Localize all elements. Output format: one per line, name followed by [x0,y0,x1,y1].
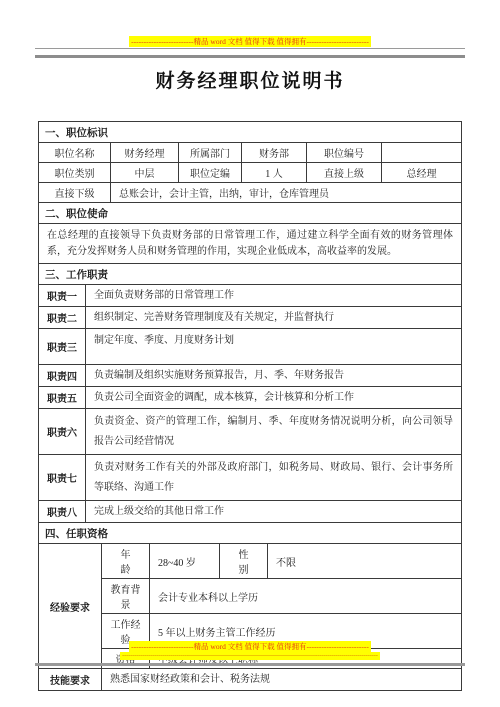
age-value: 28~40 岁 [149,544,219,578]
page-title: 财务经理职位说明书 [0,66,500,93]
duty-label: 职责五 [39,387,85,408]
identification-row-2: 职位类别 中层 职位定编 1 人 直接上级 总经理 [39,162,461,182]
duty-text: 全面负责财务部的日常管理工作 [85,285,461,306]
education-value: 会计专业本科以上学历 [149,579,461,613]
section-heading-identification: 一、职位标识 [39,122,461,142]
header-rule-thick [35,55,465,58]
education-label: 教育背景 [102,579,149,613]
experience-requirements-block: 经验要求 年 龄 28~40 岁 性 别 不限 教育背景 会计专业本科以上学历 … [39,543,461,668]
duty-text: 完成上级交给的其他日常工作 [85,501,461,522]
duty-row-8: 职责八 完成上级交给的其他日常工作 [39,500,461,522]
duty-text: 负责对财务工作有关的外部及政府部门，如税务局、财政局、银行、会计事务所等联络、沟… [85,455,461,500]
duty-text: 组织制定、完善财务管理制度及有关规定，并监督执行 [85,307,461,328]
field-label: 职位类别 [39,163,110,182]
work-experience-label: 工作经验 [102,614,149,648]
field-value: 财务经理 [110,143,178,162]
field-value: 1 人 [241,163,306,182]
header-highlight-banner: -------------------------精品 word 文档 值得下载… [0,36,500,47]
identification-row-1: 职位名称 财务经理 所属部门 财务部 职位编号 [39,142,461,162]
footer-rule [35,663,465,666]
skill-requirements-row: 技能要求 熟悉国家财经政策和会计、税务法规 [39,668,461,690]
duty-row-2: 职责二 组织制定、完善财务管理制度及有关规定，并监督执行 [39,306,461,328]
document-page: -------------------------精品 word 文档 值得下载… [0,0,500,707]
duty-label: 职责四 [39,365,85,386]
field-label: 直接上级 [306,163,381,182]
duty-text: 负责资金、资产的管理工作，编制月、季、年度财务情况说明分析，向公司领导报告公司经… [85,409,461,454]
skill-value: 熟悉国家财经政策和会计、税务法规 [101,669,461,690]
duty-label: 职责一 [39,285,85,306]
education-row: 教育背景 会计专业本科以上学历 [102,578,461,613]
duty-row-7: 职责七 负责对财务工作有关的外部及政府部门，如税务局、财政局、银行、会计事务所等… [39,454,461,500]
field-label: 直接下级 [39,183,110,202]
duty-label: 职责七 [39,455,85,500]
section-heading-qualifications: 四、任职资格 [39,522,461,543]
field-value: 财务部 [241,143,306,162]
field-label: 职位名称 [39,143,110,162]
field-value [381,143,461,162]
duty-text: 制定年度、季度、月度财务计划 [85,329,461,364]
field-label: 所属部门 [178,143,241,162]
duty-text: 负责编制及组织实施财务预算报告，月、季、年财务报告 [85,365,461,386]
field-label: 职位编号 [306,143,381,162]
duty-row-6: 职责六 负责资金、资产的管理工作，编制月、季、年度财务情况说明分析，向公司领导报… [39,408,461,454]
gender-value: 不限 [267,544,461,578]
duty-text: 负责公司全面资金的调配，成本核算，会计核算和分析工作 [85,387,461,408]
mission-text: 在总经理的直接领导下负责财务部的日常管理工作，通过建立科学全面有效的财务管理体系… [39,223,461,263]
age-gender-row: 年 龄 28~40 岁 性 别 不限 [102,544,461,578]
header-banner-text: -------------------------精品 word 文档 值得下载… [129,36,371,47]
work-experience-value: 5 年以上财务主管工作经历 [149,614,461,648]
section-heading-mission: 二、职位使命 [39,202,461,223]
duty-row-4: 职责四 负责编制及组织实施财务预算报告，月、季、年财务报告 [39,364,461,386]
age-label: 年 龄 [102,544,149,578]
duty-label: 职责三 [39,329,85,364]
gender-label: 性 别 [219,544,267,578]
duty-label: 职责八 [39,501,85,522]
experience-rows: 年 龄 28~40 岁 性 别 不限 教育背景 会计专业本科以上学历 工作经验 … [101,544,461,668]
duty-row-1: 职责一 全面负责财务部的日常管理工作 [39,284,461,306]
work-experience-row: 工作经验 5 年以上财务主管工作经历 [102,613,461,648]
duty-label: 职责六 [39,409,85,454]
field-label: 职位定编 [178,163,241,182]
skill-label: 技能要求 [39,669,101,690]
field-value: 中层 [110,163,178,182]
duty-label: 职责二 [39,307,85,328]
header-rule-thin [35,48,465,49]
identification-row-subordinates: 直接下级 总账会计，会计主管，出纳，审计，仓库管理员 [39,182,461,202]
section-heading-duties: 三、工作职责 [39,263,461,284]
experience-label: 经验要求 [39,544,101,668]
duty-row-3: 职责三 制定年度、季度、月度财务计划 [39,328,461,364]
job-description-table: 一、职位标识 职位名称 财务经理 所属部门 财务部 职位编号 职位类别 中层 职… [38,121,462,691]
duty-row-5: 职责五 负责公司全面资金的调配，成本核算，会计核算和分析工作 [39,386,461,408]
field-value: 总账会计，会计主管，出纳，审计，仓库管理员 [110,183,461,202]
field-value: 总经理 [381,163,461,182]
